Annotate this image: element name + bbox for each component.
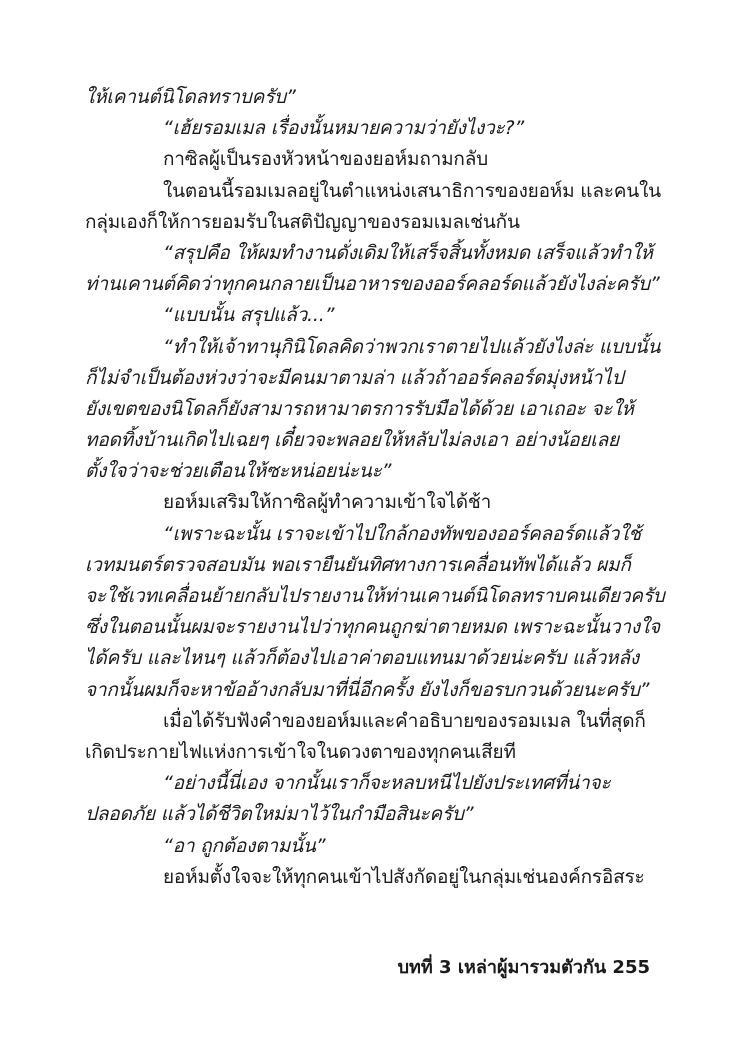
page-footer: บทที่ 3 เหล่าผู้มารวมตัวกัน 255 [398, 952, 650, 981]
dialogue-line: “ทำให้เจ้าทานุกินิโดลคิดว่าพวกเราตายไปแล… [85, 332, 653, 363]
narration-line: กลุ่มเองก็ให้การยอมรับในสติปัญญาของรอมเม… [85, 207, 653, 238]
footer-chapter-title: บทที่ 3 เหล่าผู้มารวมตัวกัน [398, 957, 607, 978]
narration-line: เมื่อได้รับฟังคำของยอห์มและคำอธิบายของรอ… [85, 706, 653, 737]
dialogue-line: จะใช้เวทเคลื่อนย้ายกลับไปรายงานให้ท่านเค… [85, 581, 653, 612]
page-number: 255 [612, 957, 650, 978]
dialogue-line: จากนั้นผมก็จะหาข้ออ้างกลับมาที่นี่อีกครั… [85, 675, 653, 706]
dialogue-line: ยังเขตของนิโดลก็ยังสามารถหามาตรการรับมือ… [85, 394, 653, 425]
narration-line: ยอห์มเสริมให้กาซิลผู้ทำความเข้าใจได้ช้า [85, 487, 653, 518]
dialogue-line: ให้เคานต์นิโดลทราบครับ” [85, 82, 653, 113]
dialogue-line: ปลอดภัย แล้วได้ชีวิตใหม่มาไว้ในกำมือสินะ… [85, 799, 653, 830]
dialogue-line: ทอดทิ้งบ้านเกิดไปเฉยๆ เดี๋ยวจะพลอยให้หลั… [85, 425, 653, 456]
dialogue-line: “เฮ้ยรอมเมล เรื่องนั้นหมายความว่ายังไงวะ… [85, 113, 653, 144]
narration-line: กาซิลผู้เป็นรองหัวหน้าของยอห์มถามกลับ [85, 144, 653, 175]
dialogue-line: ท่านเคานต์คิดว่าทุกคนกลายเป็นอาหารของออร… [85, 269, 653, 300]
narration-line: ในตอนนี้รอมเมลอยู่ในตำแหน่งเสนาธิการของย… [85, 176, 653, 207]
dialogue-line: ตั้งใจว่าจะช่วยเตือนให้ซะหน่อยน่ะนะ” [85, 456, 653, 487]
dialogue-line: “อา ถูกต้องตามนั้น” [85, 831, 653, 862]
dialogue-line: “สรุปคือ ให้ผมทำงานดั่งเดิมให้เสร็จสิ้นท… [85, 238, 653, 269]
dialogue-line: “อย่างนี้นี่เอง จากนั้นเราก็จะหลบหนีไปยั… [85, 768, 653, 799]
dialogue-line: เวทมนตร์ตรวจสอบมัน พอเรายืนยันทิศทางการเ… [85, 550, 653, 581]
dialogue-line: ได้ครับ และไหนๆ แล้วก็ต้องไปเอาค่าตอบแทน… [85, 643, 653, 674]
dialogue-line: ซึ่งในตอนนั้นผมจะรายงานไปว่าทุกคนถูกฆ่าต… [85, 612, 653, 643]
dialogue-line: “เพราะฉะนั้น เราจะเข้าไปใกล้กองทัพของออร… [85, 519, 653, 550]
narration-line: ยอห์มตั้งใจจะให้ทุกคนเข้าไปสังกัดอยู่ในก… [85, 862, 653, 893]
dialogue-line: ก็ไม่จำเป็นต้องห่วงว่าจะมีคนมาตามล่า แล้… [85, 363, 653, 394]
dialogue-line: “แบบนั้น สรุปแล้ว...” [85, 300, 653, 331]
page-body: ให้เคานต์นิโดลทราบครับ”“เฮ้ยรอมเมล เรื่อ… [85, 82, 653, 893]
narration-line: เกิดประกายไฟแห่งการเข้าใจในดวงตาของทุกคน… [85, 737, 653, 768]
